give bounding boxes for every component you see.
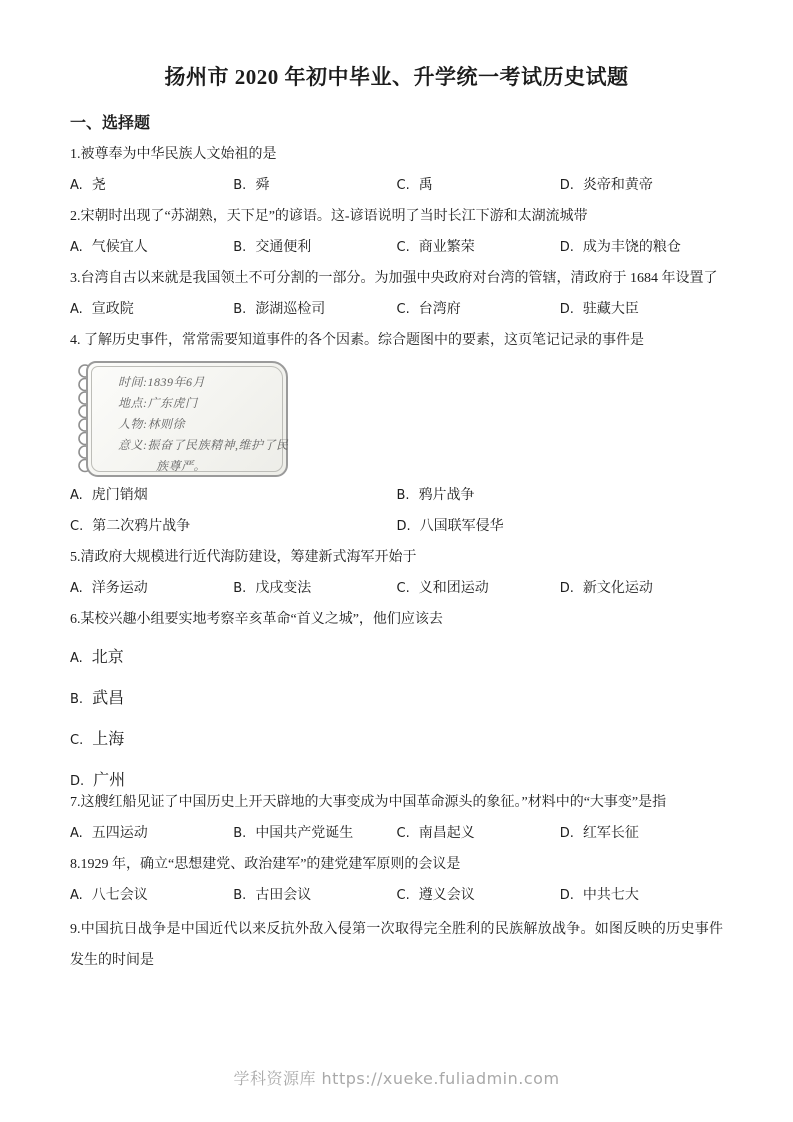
question-5-options: A.洋务运动 B.戊戌变法 C.义和团运动 D.新文化运动: [70, 580, 723, 597]
option-letter: C.: [397, 178, 410, 193]
question-6-stem: 6.某校兴趣小组要实地考察辛亥革命“首义之城”，他们应该去: [70, 611, 723, 628]
question-7-stem: 7.这艘红船见证了中国历史上开天辟地的大事变成为中国革命源头的象征。”材料中的“…: [70, 794, 723, 811]
question-3-option-a: A.宣政院: [70, 301, 233, 318]
question-4-option-c: C.第二次鸦片战争: [70, 518, 397, 535]
question-4-options: A.虎门销烟 B.鸦片战争 C.第二次鸦片战争 D.八国联军侵华: [70, 487, 723, 535]
question-2-option-c: C.商业繁荣: [397, 239, 560, 256]
option-text: 洋务运动: [92, 581, 148, 596]
notebook-line-meaning: 意义:振奋了民族精神,维护了民: [118, 435, 280, 456]
option-text: 尧: [92, 178, 106, 193]
option-letter: D.: [560, 302, 574, 317]
question-1-options: A.尧 B.舜 C.禹 D.炎帝和黄帝: [70, 177, 723, 194]
question-1-option-d: D.炎帝和黄帝: [560, 177, 723, 194]
option-text: 遵义会议: [419, 888, 475, 903]
option-letter: B.: [397, 488, 410, 503]
option-text: 交通便利: [255, 240, 311, 255]
footer-watermark-text: 学科资源库 https://xueke.fuliadmin.com: [233, 1069, 559, 1088]
option-letter: D.: [560, 240, 574, 255]
option-letter: B.: [233, 240, 246, 255]
question-6-options: A.北京 B.武昌 C.上海 D.广州: [70, 644, 723, 790]
question-3-options: A.宣政院 B.澎湖巡检司 C.台湾府 D.驻藏大臣: [70, 301, 723, 318]
question-8-option-a: A.八七会议: [70, 887, 233, 904]
option-text: 八国联军侵华: [420, 519, 504, 534]
question-8-options: A.八七会议 B.古田会议 C.遵义会议 D.中共七大: [70, 887, 723, 904]
question-4-option-b: B.鸦片战争: [397, 487, 724, 504]
question-2-options: A.气候宜人 B.交通便利 C.商业繁荣 D.成为丰饶的粮仓: [70, 239, 723, 256]
option-text: 禹: [419, 178, 433, 193]
option-letter: C.: [70, 733, 83, 748]
notebook-line-place: 地点:广东虎门: [118, 393, 280, 414]
option-text: 宣政院: [92, 302, 134, 317]
option-letter: B.: [233, 826, 246, 841]
option-text: 北京: [92, 649, 124, 666]
option-text: 八七会议: [92, 888, 148, 903]
page-title: 扬州市 2020 年初中毕业、升学统一考试历史试题: [60, 62, 733, 92]
question-5-option-b: B.戊戌变法: [233, 580, 396, 597]
option-text: 新文化运动: [583, 581, 653, 596]
question-3-option-c: C.台湾府: [397, 301, 560, 318]
option-text: 红军长征: [583, 826, 639, 841]
option-letter: C.: [70, 519, 83, 534]
option-letter: A.: [70, 826, 83, 841]
question-7-option-c: C.南昌起义: [397, 825, 560, 842]
question-5-stem: 5.清政府大规模进行近代海防建设，筹建新式海军开始于: [70, 549, 723, 566]
notebook-image: 时间:1839年6月 地点:广东虎门 人物:林则徐 意义:振奋了民族精神,维护了…: [74, 361, 288, 477]
option-text: 成为丰饶的粮仓: [583, 240, 681, 255]
option-letter: B.: [233, 888, 246, 903]
question-4-stem: 4. 了解历史事件，常常需要知道事件的各个因素。综合题图中的要素，这页笔记记录的…: [70, 332, 723, 349]
option-letter: B.: [233, 178, 246, 193]
question-1-option-c: C.禹: [397, 177, 560, 194]
question-8-option-b: B.古田会议: [233, 887, 396, 904]
option-text: 虎门销烟: [92, 488, 148, 503]
option-letter: D.: [560, 178, 574, 193]
question-5-option-d: D.新文化运动: [560, 580, 723, 597]
section-heading: 一、选择题: [70, 114, 723, 134]
question-8-stem: 8.1929 年，确立“思想建党、政治建军”的建党建军原则的会议是: [70, 856, 723, 873]
notebook-sheet: 时间:1839年6月 地点:广东虎门 人物:林则徐 意义:振奋了民族精神,维护了…: [86, 361, 288, 477]
option-text: 上海: [92, 731, 124, 748]
option-text: 中国共产党诞生: [255, 826, 353, 841]
option-letter: A.: [70, 488, 83, 503]
option-letter: A.: [70, 651, 83, 666]
option-text: 台湾府: [419, 302, 461, 317]
question-2-option-d: D.成为丰饶的粮仓: [560, 239, 723, 256]
option-letter: B.: [70, 692, 83, 707]
question-8-option-c: C.遵义会议: [397, 887, 560, 904]
option-letter: A.: [70, 178, 83, 193]
question-3-option-b: B.澎湖巡检司: [233, 301, 396, 318]
notebook-line-time: 时间:1839年6月: [118, 372, 280, 393]
question-2-option-b: B.交通便利: [233, 239, 396, 256]
footer: 学科资源库 https://xueke.fuliadmin.com: [0, 1066, 793, 1089]
option-letter: D.: [560, 888, 574, 903]
option-letter: C.: [397, 826, 410, 841]
question-6-option-c: C.上海: [70, 726, 723, 749]
question-1-option-a: A.尧: [70, 177, 233, 194]
question-4-option-a: A.虎门销烟: [70, 487, 397, 504]
option-text: 气候宜人: [92, 240, 148, 255]
option-text: 中共七大: [583, 888, 639, 903]
notebook-line-person: 人物:林则徐: [118, 414, 280, 435]
question-6-option-a: A.北京: [70, 644, 723, 667]
option-text: 炎帝和黄帝: [583, 178, 653, 193]
option-text: 广州: [93, 772, 125, 789]
option-letter: A.: [70, 240, 83, 255]
question-5-option-a: A.洋务运动: [70, 580, 233, 597]
document-page: 扬州市 2020 年初中毕业、升学统一考试历史试题 一、选择题 1.被尊奉为中华…: [0, 0, 793, 1122]
option-text: 驻藏大臣: [583, 302, 639, 317]
question-6-option-d: D.广州: [70, 767, 723, 790]
option-letter: C.: [397, 240, 410, 255]
option-text: 南昌起义: [419, 826, 475, 841]
option-text: 古田会议: [255, 888, 311, 903]
question-6-option-b: B.武昌: [70, 685, 723, 708]
option-text: 澎湖巡检司: [255, 302, 325, 317]
option-letter: D.: [70, 774, 84, 789]
option-letter: D.: [560, 826, 574, 841]
question-7-options: A.五四运动 B.中国共产党诞生 C.南昌起义 D.红军长征: [70, 825, 723, 842]
question-list: 1.被尊奉为中华民族人文始祖的是 A.尧 B.舜 C.禹 D.炎帝和黄帝 2.宋…: [70, 146, 723, 976]
option-letter: A.: [70, 302, 83, 317]
question-2-option-a: A.气候宜人: [70, 239, 233, 256]
option-text: 戊戌变法: [255, 581, 311, 596]
question-1-stem: 1.被尊奉为中华民族人文始祖的是: [70, 146, 723, 163]
option-letter: B.: [233, 302, 246, 317]
question-5-option-c: C.义和团运动: [397, 580, 560, 597]
notebook-line-meaning-wrap: 族尊严。: [118, 456, 280, 477]
question-2-stem: 2.宋朝时出现了“苏湖熟，天下足”的谚语。这-谚语说明了当时长江下游和太湖流城带: [70, 208, 723, 225]
option-letter: D.: [397, 519, 411, 534]
question-1-option-b: B.舜: [233, 177, 396, 194]
option-text: 武昌: [92, 690, 124, 707]
question-4-option-d: D.八国联军侵华: [397, 518, 724, 535]
question-3-option-d: D.驻藏大臣: [560, 301, 723, 318]
question-8-option-d: D.中共七大: [560, 887, 723, 904]
option-text: 商业繁荣: [419, 240, 475, 255]
option-text: 鸦片战争: [419, 488, 475, 503]
option-text: 舜: [255, 178, 269, 193]
option-letter: C.: [397, 888, 410, 903]
option-text: 第二次鸦片战争: [92, 519, 190, 534]
question-7-option-d: D.红军长征: [560, 825, 723, 842]
question-3-stem: 3.台湾自古以来就是我国领土不可分割的一部分。为加强中央政府对台湾的管辖，清政府…: [70, 270, 723, 287]
option-letter: C.: [397, 302, 410, 317]
option-text: 五四运动: [92, 826, 148, 841]
notebook-text: 时间:1839年6月 地点:广东虎门 人物:林则徐 意义:振奋了民族精神,维护了…: [118, 372, 280, 477]
option-letter: A.: [70, 581, 83, 596]
question-9-stem: 9.中国抗日战争是中国近代以来反抗外敌入侵第一次取得完全胜利的民族解放战争。如图…: [70, 914, 723, 976]
option-letter: A.: [70, 888, 83, 903]
question-7-option-a: A.五四运动: [70, 825, 233, 842]
option-letter: C.: [397, 581, 410, 596]
question-7-option-b: B.中国共产党诞生: [233, 825, 396, 842]
option-text: 义和团运动: [419, 581, 489, 596]
option-letter: D.: [560, 581, 574, 596]
option-letter: B.: [233, 581, 246, 596]
